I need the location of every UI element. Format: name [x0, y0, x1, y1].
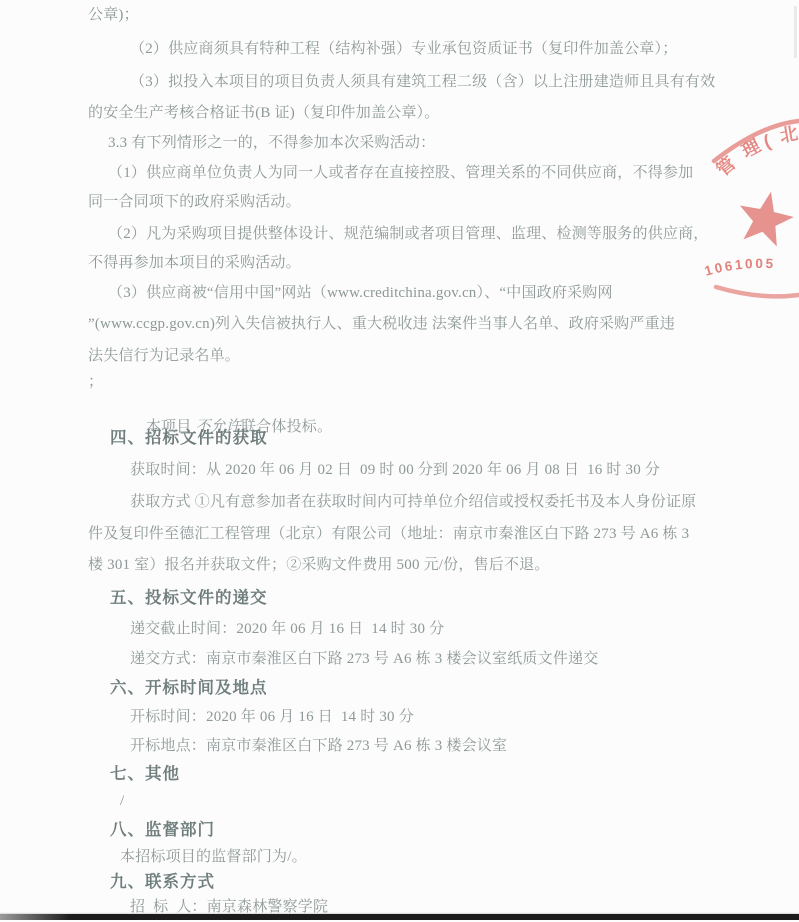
scan-bottom-edge-bar	[0, 914, 799, 920]
doc-line: ”(www.ccgp.gov.cn)列入失信被执行人、重大税收违 法案件当事人名…	[88, 315, 675, 334]
doc-line: 本招标项目的监督部门为/。	[120, 848, 307, 867]
section-heading-bid-submission: 五、投标文件的递交	[110, 588, 268, 609]
section-heading-other: 七、其他	[110, 764, 180, 785]
company-seal: 管 理 ( 北 1061005	[690, 95, 799, 325]
doc-line: 同一合同项下的政府采购活动。	[88, 193, 301, 212]
doc-line: 楼 301 室）报名并获取文件；②采购文件费用 500 元/份，售后不退。	[88, 556, 550, 575]
doc-line: （2）供应商须具有特种工程（结构补强）专业承包资质证书（复印件加盖公章）；	[130, 40, 677, 59]
doc-line: 获取方式 ①凡有意参加者在获取时间内可持单位介绍信或授权委托书及本人身份证原	[130, 493, 696, 512]
doc-line: （1）供应商单位负责人为同一人或者存在直接控股、管理关系的不同供应商，不得参加	[108, 164, 693, 183]
section-heading-supervision: 八、监督部门	[110, 820, 215, 841]
doc-line: （2）凡为采购项目提供整体设计、规范编制或者项目管理、监理、检测等服务的供应商，	[108, 225, 709, 244]
scanned-tender-document-page: 公章)； （2）供应商须具有特种工程（结构补强）专业承包资质证书（复印件加盖公章…	[0, 0, 799, 922]
seal-arc-char: 北	[778, 123, 799, 146]
doc-line: 件及复印件至德汇工程管理（北京）有限公司（地址：南京市秦淮区白下路 273 号 …	[88, 525, 689, 544]
doc-line: 不得再参加本项目的采购活动。	[88, 254, 301, 273]
doc-line: 开标时间：2020 年 06 月 16 日 14 时 30 分	[130, 708, 414, 727]
seal-ring-bottom-arc	[716, 287, 799, 296]
doc-line: ；	[88, 373, 103, 392]
seal-arc-char: (	[761, 131, 773, 152]
seal-star-icon	[740, 192, 794, 247]
doc-line: /	[120, 792, 124, 811]
doc-line: 公章)；	[88, 6, 139, 25]
doc-line: （3）供应商被“信用中国”网站（www.creditchina.gov.cn）、…	[108, 284, 613, 303]
doc-line: （3）拟投入本项目的项目负责人须具有建筑工程二级（含）以上注册建造师且具有有效	[130, 73, 715, 92]
doc-line: 法失信行为记录名单。	[88, 347, 240, 366]
section-heading-bid-opening: 六、开标时间及地点	[110, 678, 268, 699]
doc-line: 3.3 有下列情形之一的，不得参加本次采购活动：	[108, 134, 435, 153]
doc-line: 的安全生产考核合格证书(B 证)（复印件加盖公章）。	[88, 104, 439, 123]
doc-line: 递交方式：南京市秦淮区白下路 273 号 A6 栋 3 楼会议室纸质文件递交	[130, 650, 598, 669]
doc-line: 开标地点：南京市秦淮区白下路 273 号 A6 栋 3 楼会议室	[130, 737, 507, 756]
doc-line: 获取时间：从 2020 年 06 月 02 日 09 时 00 分到 2020 …	[130, 461, 660, 480]
seal-serial-text: 1061005	[703, 256, 776, 279]
section-heading-contact: 九、联系方式	[110, 872, 215, 893]
seal-serial-number: 1061005	[703, 256, 776, 279]
scan-edge-artifact	[794, 6, 797, 58]
doc-line: 递交截止时间：2020 年 06 月 16 日 14 时 30 分	[130, 620, 444, 639]
section-heading-obtain-docs: 四、招标文件的获取	[110, 428, 268, 449]
